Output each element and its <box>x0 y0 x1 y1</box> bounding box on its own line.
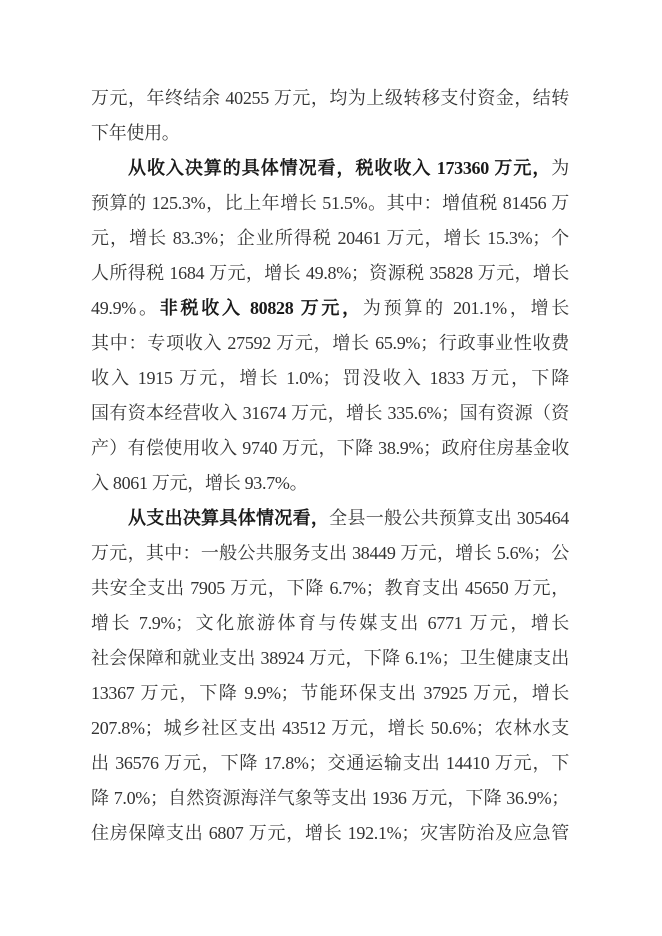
text-line: 下年使用。 <box>91 116 569 151</box>
text-segment: 预算的 125.3%，比上年增长 51.5%。其中：增值税 81456 万 <box>91 193 569 213</box>
text-line: 增长 7.9%；文化旅游体育与传媒支出 6771 万元，增长 13.1%； <box>91 606 569 641</box>
text-line: 入 8061 万元，增长 93.7%。 <box>91 466 569 501</box>
text-line: 降 7.0%；自然资源海洋气象等支出 1936 万元，下降 36.9%； <box>91 781 569 816</box>
text-line: 出 36576 万元，下降 17.8%；交通运输支出 14410 万元，下 <box>91 746 569 781</box>
bold-text-segment: 从支出决算具体情况看， <box>128 508 329 528</box>
text-line: 其中：专项收入 27592 万元，增长 65.9%；行政事业性收费 <box>91 326 569 361</box>
text-line: 预算的 125.3%，比上年增长 51.5%。其中：增值税 81456 万 <box>91 186 569 221</box>
text-segment: 产）有偿使用收入 9740 万元，下降 38.9%；政府住房基金收 <box>91 438 569 458</box>
text-segment: 住房保障支出 6807 万元，增长 192.1%；灾害防治及应急管 <box>91 823 569 843</box>
text-segment: 国有资本经营收入 31674 万元，增长 335.6%；国有资源（资 <box>91 403 569 423</box>
text-line: 13367 万元，下降 9.9%；节能环保支出 37925 万元，增长 <box>91 676 569 711</box>
text-segment: 元，增长 83.3%；企业所得税 20461 万元，增长 15.3%；个 <box>91 228 569 248</box>
text-line: 共安全支出 7905 万元，下降 6.7%；教育支出 45650 万元， <box>91 571 569 606</box>
bold-text-segment: 从收入决算的具体情况看，税收收入 173360 万元， <box>128 158 551 178</box>
text-segment: 出 36576 万元，下降 17.8%；交通运输支出 14410 万元，下 <box>91 753 569 773</box>
text-segment: 207.8%；城乡社区支出 43512 万元，增长 50.6%；农林水支 <box>91 718 569 738</box>
text-line: 49.9%。非税收入 80828 万元，为预算的 201.1%，增长 68.9%… <box>91 291 569 326</box>
text-segment: 49.9%。 <box>91 298 160 318</box>
text-segment: 其中：专项收入 27592 万元，增长 65.9%；行政事业性收费 <box>91 333 569 353</box>
text-segment: 全县一般公共预算支出 305464 <box>329 508 569 528</box>
text-line: 住房保障支出 6807 万元，增长 192.1%；灾害防治及应急管 <box>91 816 569 851</box>
text-line: 万元，其中：一般公共服务支出 38449 万元，增长 5.6%；公 <box>91 536 569 571</box>
text-segment: 社会保障和就业支出 38924 万元，下降 6.1%；卫生健康支出 <box>91 648 569 668</box>
text-segment: 降 7.0%；自然资源海洋气象等支出 1936 万元，下降 36.9%； <box>91 788 569 808</box>
text-line: 207.8%；城乡社区支出 43512 万元，增长 50.6%；农林水支 <box>91 711 569 746</box>
document-page: 万元，年终结余 40255 万元，均为上级转移支付资金，结转下年使用。从收入决算… <box>0 0 662 936</box>
text-line: 社会保障和就业支出 38924 万元，下降 6.1%；卫生健康支出 <box>91 641 569 676</box>
text-segment: 13367 万元，下降 9.9%；节能环保支出 37925 万元，增长 <box>91 683 569 703</box>
text-segment: 万元，年终结余 40255 万元，均为上级转移支付资金，结转 <box>91 88 569 108</box>
text-line: 人所得税 1684 万元，增长 49.8%；资源税 35828 万元，增长 <box>91 256 569 291</box>
text-segment: 共安全支出 7905 万元，下降 6.7%；教育支出 45650 万元， <box>91 578 569 598</box>
text-line: 从收入决算的具体情况看，税收收入 173360 万元，为 <box>91 151 569 186</box>
text-line: 产）有偿使用收入 9740 万元，下降 38.9%；政府住房基金收 <box>91 431 569 466</box>
text-line: 从支出决算具体情况看，全县一般公共预算支出 305464 <box>91 501 569 536</box>
text-segment: 收入 1915 万元，增长 1.0%；罚没收入 1833 万元，下降 1.1%； <box>91 368 569 396</box>
text-segment: 增长 7.9%；文化旅游体育与传媒支出 6771 万元，增长 13.1%； <box>91 613 569 641</box>
document-body: 万元，年终结余 40255 万元，均为上级转移支付资金，结转下年使用。从收入决算… <box>91 81 569 851</box>
text-segment: 人所得税 1684 万元，增长 49.8%；资源税 35828 万元，增长 <box>91 263 569 283</box>
bold-text-segment: 非税收入 80828 万元， <box>160 298 363 318</box>
text-segment: 万元，其中：一般公共服务支出 38449 万元，增长 5.6%；公 <box>91 543 569 563</box>
text-segment: 入 8061 万元，增长 93.7%。 <box>91 473 307 493</box>
text-line: 元，增长 83.3%；企业所得税 20461 万元，增长 15.3%；个 <box>91 221 569 256</box>
text-line: 万元，年终结余 40255 万元，均为上级转移支付资金，结转 <box>91 81 569 116</box>
text-line: 收入 1915 万元，增长 1.0%；罚没收入 1833 万元，下降 1.1%； <box>91 361 569 396</box>
text-segment: 为 <box>551 158 569 178</box>
text-line: 国有资本经营收入 31674 万元，增长 335.6%；国有资源（资 <box>91 396 569 431</box>
text-segment: 下年使用。 <box>91 123 180 143</box>
